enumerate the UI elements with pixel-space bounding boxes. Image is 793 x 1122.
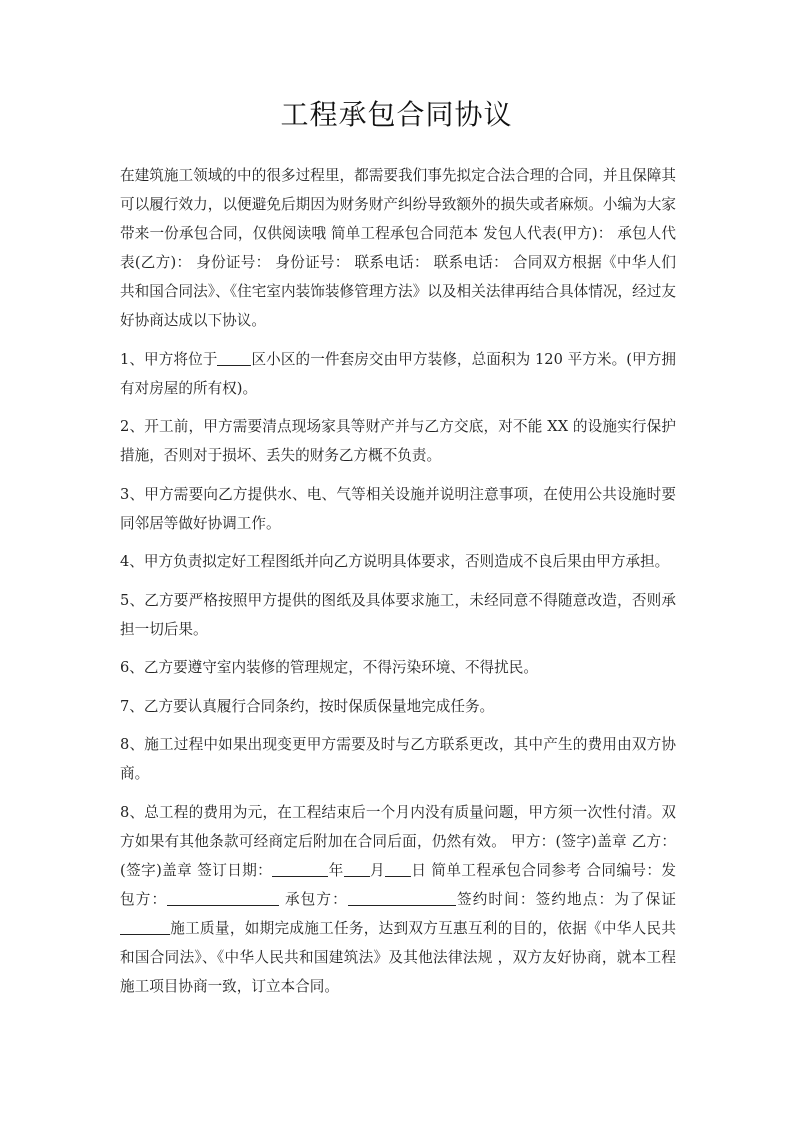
clause-8: 8、施工过程中如果出现变更甲方需要及时与乙方联系更改，其中产生的费用由双方协商。 <box>120 730 676 788</box>
month-label: 月 <box>370 862 385 879</box>
subcontractor-blank <box>348 890 456 906</box>
year-blank <box>272 861 328 877</box>
clause-text: 甲方将位于 <box>144 351 217 368</box>
clause-number: 1、 <box>120 351 144 368</box>
contractor-blank <box>167 890 279 906</box>
month-blank <box>344 861 370 877</box>
clause-2: 2、开工前，甲方需要清点现场家具等财产并与乙方交底，对不能 XX 的设施实行保护… <box>120 412 676 470</box>
clause-1: 1、甲方将位于区小区的一件套房交由甲方装修，总面积为 120 平方米。(甲方拥有… <box>120 345 676 403</box>
clause-3: 3、甲方需要向乙方提供水、电、气等相关设施并说明注意事项，在使用公共设施时要同邻… <box>120 480 676 538</box>
final-text-4: 签约时间：签约地点：为了保证 <box>456 891 676 908</box>
document-title: 工程承包合同协议 <box>0 95 793 135</box>
intro-paragraph: 在建筑施工领域的中的很多过程里，都需要我们事先拟定合法合理的合同，并且保障其可以… <box>120 161 676 335</box>
clause-5: 5、乙方要严格按照甲方提供的图纸及具体要求施工，未经同意不得随意改造，否则承担一… <box>120 586 676 644</box>
final-text-3: 承包方： <box>279 891 348 908</box>
day-blank <box>385 861 411 877</box>
document-body: 在建筑施工领域的中的很多过程里，都需要我们事先拟定合法合理的合同，并且保障其可以… <box>120 161 676 1010</box>
quality-blank <box>120 919 170 935</box>
clause-7: 7、乙方要认真履行合同条约，按时保质保量地完成任务。 <box>120 692 676 721</box>
clause-4: 4、甲方负责拟定好工程图纸并向乙方说明具体要求，否则造成不良后果由甲方承担。 <box>120 547 676 576</box>
final-clause: 8、总工程的费用为元，在工程结束后一个月内没有质量问题，甲方须一次性付清。双方如… <box>120 798 676 1001</box>
district-blank <box>217 350 251 366</box>
final-text-5: 施工质量，如期完成施工任务，达到双方互惠互利的目的，依据《中华人民共和国合同法》… <box>120 920 676 995</box>
document-page: 工程承包合同协议 在建筑施工领域的中的很多过程里，都需要我们事先拟定合法合理的合… <box>0 0 793 1122</box>
clause-6: 6、乙方要遵守室内装修的管理规定，不得污染环境、不得扰民。 <box>120 653 676 682</box>
year-label: 年 <box>328 862 343 879</box>
